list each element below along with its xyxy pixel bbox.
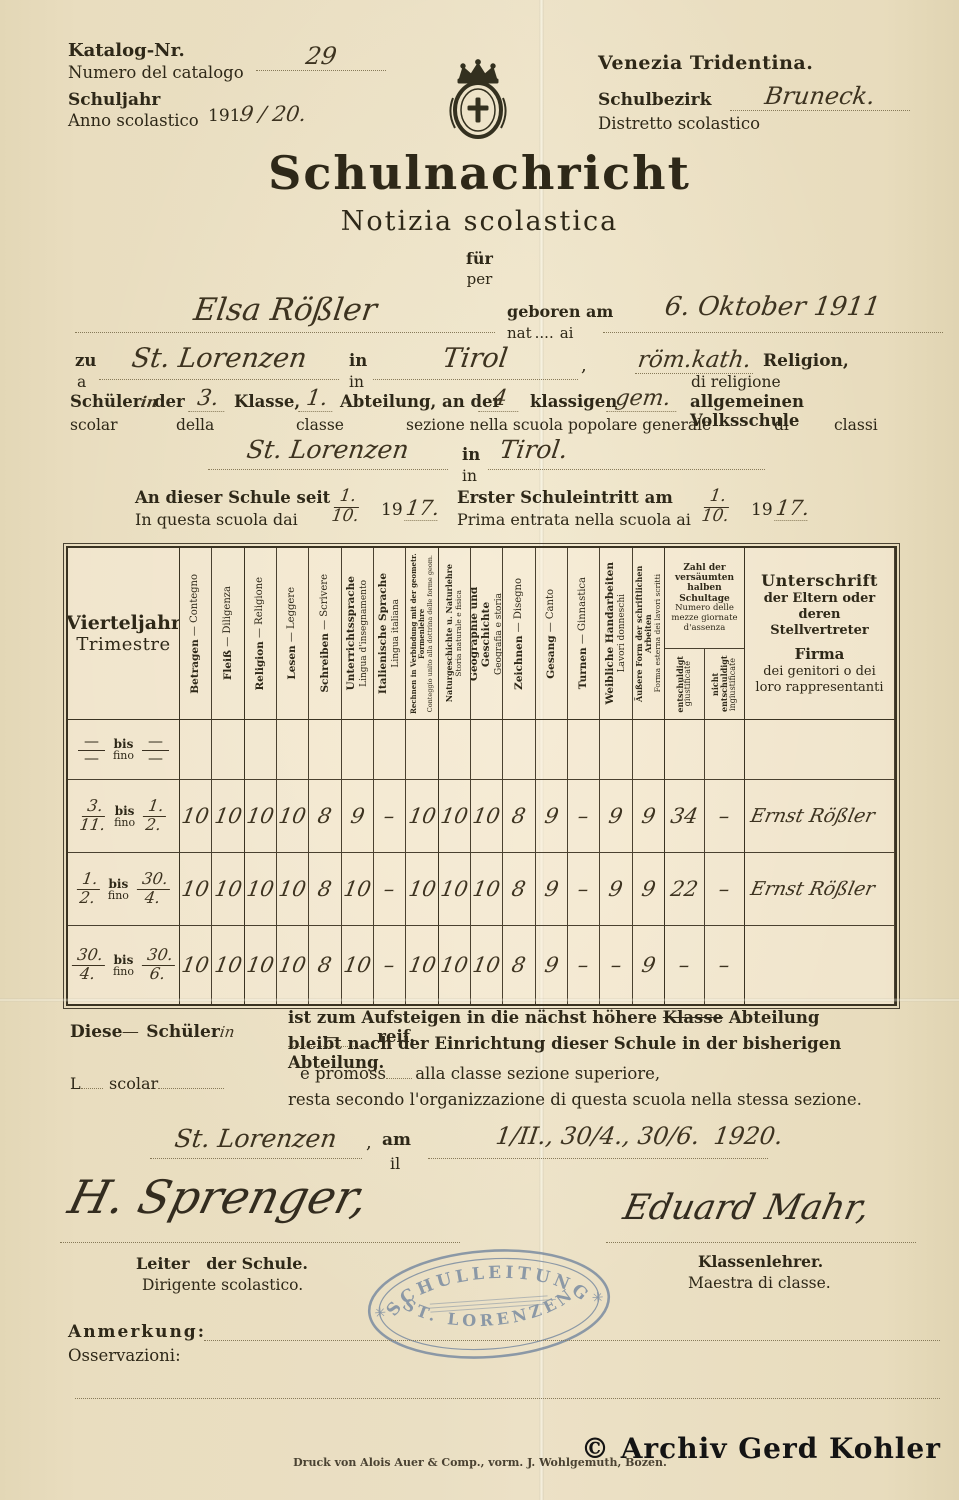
- region-title: Venezia Tridentina.: [598, 52, 813, 74]
- principal-signature: H. Sprenger,: [63, 1170, 374, 1224]
- column-header-5: Schreiben — Scrivere: [309, 548, 341, 720]
- column-header-9: Naturgeschichte u. NaturlehreStoria natu…: [438, 548, 471, 720]
- unexcused-cell-1: –: [705, 780, 745, 853]
- school-place-row: St. Lorenzen in in Tirol.: [68, 437, 892, 483]
- catalog-label-de: Katalog-Nr.: [68, 40, 185, 61]
- column-header-15: Äußere Form der schriftlichen ArbeitenFo…: [633, 548, 665, 720]
- grade-cell-r2-c2: 10: [212, 853, 244, 926]
- column-header-10: Geographie und GeschichteGeografia e sto…: [471, 548, 503, 720]
- school-type-hand: gem.: [606, 386, 680, 412]
- grade-cell-r1-c3: 10: [244, 780, 277, 853]
- catalog-number-field: 29: [256, 42, 386, 71]
- grade-cell-r0-c9: [438, 720, 471, 780]
- grade-cell-r0-c13: [568, 720, 600, 780]
- school-in-de: in: [462, 445, 480, 464]
- column-header-4: Lesen — Leggere: [277, 548, 309, 720]
- excused-cell-0: [664, 720, 705, 780]
- grade-cell-r0-c2: [212, 720, 244, 780]
- column-header-13: Turnen — Ginnastica: [568, 548, 600, 720]
- scolar-word: scolar: [70, 416, 118, 434]
- province-field: Tirol: [373, 343, 578, 380]
- class-number: 3.: [188, 386, 228, 412]
- grade-cell-r3-c4: 10: [277, 926, 309, 1004]
- title-block: Schulnachricht Notizia scolastica für pe…: [0, 146, 959, 288]
- column-header-11: Zeichnen — Disegno: [503, 548, 535, 720]
- page-title-de: Schulnachricht: [0, 146, 959, 200]
- page-title-it: Notizia scolastica: [0, 206, 959, 237]
- excused-cell-2: 22: [664, 853, 705, 926]
- sezione-words: sezione nella scuola popolare generale: [406, 416, 711, 434]
- born-date-value: 6. Oktober 1911: [663, 292, 882, 322]
- district-field: Bruneck.: [730, 82, 910, 111]
- grade-cell-r3-c12: 9: [536, 926, 568, 1004]
- period-cell-1: 3.11.bisfino1.2.: [68, 780, 180, 853]
- school-place-field: St. Lorenzen: [208, 435, 448, 470]
- column-header-3: Religion — Religione: [244, 548, 277, 720]
- grade-cell-r1-c5: 8: [309, 780, 341, 853]
- enrolled-since-de: An dieser Schule seit: [135, 488, 330, 507]
- teacher-signature-block: Eduard Mahr, Klassenlehrer. Maestra di c…: [606, 1186, 936, 1296]
- grade-cell-r0-c4: [277, 720, 309, 780]
- schoolyear-hand2: / 20.: [258, 102, 309, 126]
- column-header-7: Italienische SpracheLingua italiana: [374, 548, 406, 720]
- diese-schueler-line: Diese— Schülerin: [70, 1022, 234, 1042]
- grade-cell-r2-c10: 10: [471, 853, 503, 926]
- grade-cell-r1-c6: 9: [342, 780, 374, 853]
- enrolled-since-it: In questa scuola dai: [135, 510, 298, 529]
- grade-cell-r0-c12: [536, 720, 568, 780]
- grade-cell-r1-c4: 10: [277, 780, 309, 853]
- grade-cell-r3-c10: 10: [471, 926, 503, 1004]
- period-cell-2: 1.2.bisfino30.4.: [68, 853, 180, 926]
- born-label-de: geboren am: [507, 302, 613, 321]
- catalog-label-it: Numero del catalogo: [68, 63, 244, 82]
- grade-cell-r1-c15: 9: [633, 780, 665, 853]
- school-province-field: Tirol.: [488, 435, 765, 470]
- parent-signature-cell-2: Ernst Rößler: [744, 853, 895, 926]
- klasse-word: Klasse,: [234, 392, 300, 411]
- student-name-field: Elsa Rößler: [75, 292, 495, 333]
- student-name-row: Elsa Rößler geboren am nat .... ai 6. Ok…: [75, 292, 887, 342]
- grade-cell-r0-c5: [309, 720, 341, 780]
- place-label-de: zu: [75, 351, 96, 370]
- grade-cell-r3-c8: 10: [406, 926, 438, 1004]
- grade-cell-r0-c1: [179, 720, 212, 780]
- pupil-word: Schülerin: [70, 392, 158, 411]
- remarks-section: Anmerkung: Osservazioni:: [68, 1322, 942, 1372]
- period-cell-0: ——bisfino——: [68, 720, 180, 780]
- in-label-it: in: [349, 373, 364, 391]
- dateline: St. Lorenzen , am il 1/II., 30/4., 30/6.…: [150, 1126, 830, 1176]
- header-right: Venezia Tridentina. Schulbezirk Bruneck.…: [598, 52, 948, 142]
- grade-cell-r0-c11: [503, 720, 535, 780]
- classes-count: 4: [478, 386, 522, 412]
- for-label-it: per: [0, 270, 959, 288]
- schoolyear-label-de: Schuljahr: [68, 90, 160, 110]
- place-field: St. Lorenzen: [99, 343, 339, 380]
- schoolyear-label-it: Anno scolastico: [68, 111, 199, 130]
- religion-label-it: di religione: [691, 373, 781, 391]
- grade-cell-r2-c4: 10: [277, 853, 309, 926]
- remarks-line: [204, 1340, 940, 1341]
- header-left: Katalog-Nr. 29 Numero del catalogo Schul…: [68, 40, 428, 140]
- grade-cell-r1-c11: 8: [503, 780, 535, 853]
- unexcused-cell-2: –: [705, 853, 745, 926]
- teacher-signature: Eduard Mahr,: [620, 1188, 873, 1228]
- grade-cell-r1-c1: 10: [179, 780, 212, 853]
- grade-cell-r1-c13: –: [568, 780, 600, 853]
- district-label-de: Schulbezirk: [598, 90, 711, 110]
- born-label-it: nat .... ai: [507, 324, 573, 342]
- district-label-it: Distretto scolastico: [598, 114, 760, 133]
- student-class-row: Schülerin der 3. Klasse, 1. Abteilung, a…: [68, 392, 892, 438]
- dateline-place: St. Lorenzen: [173, 1124, 339, 1153]
- place-value: St. Lorenzen: [130, 343, 309, 374]
- principal-title-it: Dirigente scolastico.: [142, 1276, 303, 1294]
- first-entry-it: Prima entrata nella scuola ai: [457, 510, 691, 529]
- schoolyear-value: 1919 / 20.: [208, 102, 306, 126]
- signature-header: Unterschriftder Eltern oder deren Stellv…: [744, 548, 895, 720]
- dateline-comma: ,: [366, 1132, 372, 1153]
- religion-field: röm.kath.: [635, 347, 753, 374]
- grade-cell-r3-c6: 10: [342, 926, 374, 1004]
- stamp-star-left: ✳: [374, 1305, 387, 1322]
- column-header-1: Betragen — Contegno: [179, 548, 212, 720]
- dateline-dates: 1/II., 30/4., 30/6.: [494, 1122, 701, 1150]
- unexcused-cell-0: [705, 720, 745, 780]
- parent-signature-cell-3: [744, 926, 895, 1004]
- grade-cell-r2-c11: 8: [503, 853, 535, 926]
- for-label-de: für: [0, 249, 959, 268]
- della-word: della: [176, 416, 214, 434]
- grade-cell-r3-c1: 10: [179, 926, 212, 1004]
- grade-cell-r2-c9: 10: [438, 853, 471, 926]
- grade-cell-r0-c10: [471, 720, 503, 780]
- grade-cell-r2-c6: 10: [342, 853, 374, 926]
- am-label: am: [382, 1130, 411, 1150]
- excused-cell-3: –: [664, 926, 705, 1004]
- grade-cell-r2-c15: 9: [633, 853, 665, 926]
- column-header-6: UnterrichtsspracheLingua d'insegnamento: [342, 548, 374, 720]
- enrolled-since-fraction: 1.10.: [330, 488, 362, 526]
- excused-cell-1: 34: [664, 780, 705, 853]
- principal-title-de: Leiter der Schule.: [136, 1254, 308, 1273]
- religion-value: röm.kath.: [636, 347, 753, 373]
- promotion-it2: resta secondo l'organizzazione di questa…: [288, 1090, 908, 1109]
- section-number: 1.: [298, 386, 336, 412]
- school-in-it: in: [462, 467, 477, 485]
- grade-cell-r1-c14: 9: [600, 780, 632, 853]
- place-label-it: a: [77, 373, 86, 391]
- klassigen-word: klassigen: [530, 392, 617, 411]
- classi-word: classi: [834, 416, 878, 434]
- remarks-label-de: Anmerkung:: [68, 1322, 206, 1342]
- schoolyear-printed: 191: [208, 106, 240, 126]
- grade-cell-r3-c2: 10: [212, 926, 244, 1004]
- promotion-section: Diese— Schülerin L scolar ist zum Aufste…: [70, 1008, 892, 1116]
- dateline-place-field: St. Lorenzen: [150, 1124, 362, 1159]
- archive-credit: © Archiv Gerd Kohler: [581, 1432, 941, 1465]
- imperial-crest-icon: [445, 58, 511, 142]
- grade-cell-r1-c2: 10: [212, 780, 244, 853]
- grade-cell-r1-c10: 10: [471, 780, 503, 853]
- province-comma: ,: [581, 355, 587, 376]
- grade-cell-r2-c5: 8: [309, 853, 341, 926]
- grade-cell-r2-c12: 9: [536, 853, 568, 926]
- absence-header: Zahl der versäumten halben SchultageNume…: [664, 548, 745, 720]
- grade-cell-r3-c13: –: [568, 926, 600, 1004]
- promotion-it1: è promoss alla classe sezione superiore,: [300, 1064, 910, 1083]
- province-value: Tirol: [441, 343, 510, 374]
- catalog-number-value: 29: [304, 42, 338, 70]
- parent-signature-cell-1: Ernst Rößler: [744, 780, 895, 853]
- first-entry-year: 19 17.: [751, 496, 809, 521]
- abteilung-words: Abteilung, an der: [340, 392, 501, 411]
- dateline-year: 1920.: [712, 1122, 785, 1150]
- unexcused-header: nicht entschuldigtingiustificate: [704, 649, 744, 719]
- extra-rule: [75, 1398, 940, 1399]
- grade-cell-r3-c9: 10: [438, 926, 471, 1004]
- excused-header: entschuldigtgiustificate: [665, 649, 704, 719]
- religion-label-de: Religion,: [763, 351, 849, 371]
- classe-word: classe: [296, 416, 344, 434]
- grade-cell-r3-c14: –: [600, 926, 632, 1004]
- district-value: Bruneck.: [763, 82, 877, 110]
- enrollment-row: An dieser Schule seit In questa scuola d…: [135, 486, 895, 538]
- grade-cell-r3-c5: 8: [309, 926, 341, 1004]
- born-date-field: 6. Oktober 1911: [603, 292, 943, 333]
- der-word: der: [154, 392, 185, 411]
- column-header-14: Weibliche HandarbeitenLavori donneschi: [600, 548, 632, 720]
- period-cell-3: 30.4.bisfino30.6.: [68, 926, 180, 1004]
- grade-cell-r2-c13: –: [568, 853, 600, 926]
- unexcused-cell-3: –: [705, 926, 745, 1004]
- enrolled-since-year: 19 17.: [381, 496, 439, 521]
- grade-cell-r3-c15: 9: [633, 926, 665, 1004]
- grades-table: VierteljahrTrimestreBetragen — ContegnoF…: [66, 546, 897, 1006]
- column-header-2: Fleiß — Diligenza: [212, 548, 244, 720]
- grade-cell-r1-c12: 9: [536, 780, 568, 853]
- teacher-title-de: Klassenlehrer.: [698, 1252, 823, 1271]
- school-place-value: St. Lorenzen: [245, 435, 411, 464]
- grade-cell-r0-c14: [600, 720, 632, 780]
- grade-cell-r0-c15: [633, 720, 665, 780]
- grade-cell-r1-c7: –: [374, 780, 406, 853]
- grade-cell-r1-c8: 10: [406, 780, 438, 853]
- grade-cell-r2-c1: 10: [179, 853, 212, 926]
- stamp-star-right: ✳: [591, 1290, 604, 1307]
- grade-cell-r0-c8: [406, 720, 438, 780]
- first-entry-de: Erster Schuleintritt am: [457, 488, 673, 507]
- school-province-value: Tirol.: [498, 435, 570, 464]
- remarks-label-it: Osservazioni:: [68, 1346, 181, 1365]
- table-corner-cell: VierteljahrTrimestre: [68, 548, 180, 720]
- grade-cell-r0-c7: [374, 720, 406, 780]
- grade-cell-r2-c8: 10: [406, 853, 438, 926]
- column-header-8: Rechnen in Verbindung mit der geometr. F…: [406, 548, 438, 720]
- grade-cell-r3-c7: –: [374, 926, 406, 1004]
- schulnachricht-document: Katalog-Nr. 29 Numero del catalogo Schul…: [0, 0, 959, 1500]
- absence-subheaders: entschuldigtgiustificatenicht entschuldi…: [665, 649, 744, 719]
- klasse-struck: Klasse: [663, 1008, 723, 1027]
- di-word: di: [774, 416, 789, 434]
- grade-cell-r0-c3: [244, 720, 277, 780]
- column-header-12: Gesang — Canto: [536, 548, 568, 720]
- in-label-de: in: [349, 351, 367, 370]
- grade-cell-r3-c3: 10: [244, 926, 277, 1004]
- il-label: il: [390, 1154, 400, 1173]
- grade-cell-r2-c7: –: [374, 853, 406, 926]
- teacher-title-it: Maestra di classe.: [688, 1274, 831, 1292]
- grade-cell-r2-c3: 10: [244, 853, 277, 926]
- grade-cell-r0-c6: [342, 720, 374, 780]
- first-entry-fraction: 1.10.: [700, 488, 732, 526]
- grade-cell-r3-c11: 8: [503, 926, 535, 1004]
- parent-signature-cell-0: [744, 720, 895, 780]
- schoolyear-hand: 9: [239, 102, 256, 126]
- grades-grid: VierteljahrTrimestreBetragen — ContegnoF…: [68, 548, 895, 1004]
- absence-title: Zahl der versäumten halben SchultageNume…: [665, 548, 744, 649]
- grade-cell-r1-c9: 10: [438, 780, 471, 853]
- l-scolar-line: L scolar: [70, 1074, 224, 1093]
- grade-cell-r2-c14: 9: [600, 853, 632, 926]
- student-name-value: Elsa Rößler: [191, 292, 379, 328]
